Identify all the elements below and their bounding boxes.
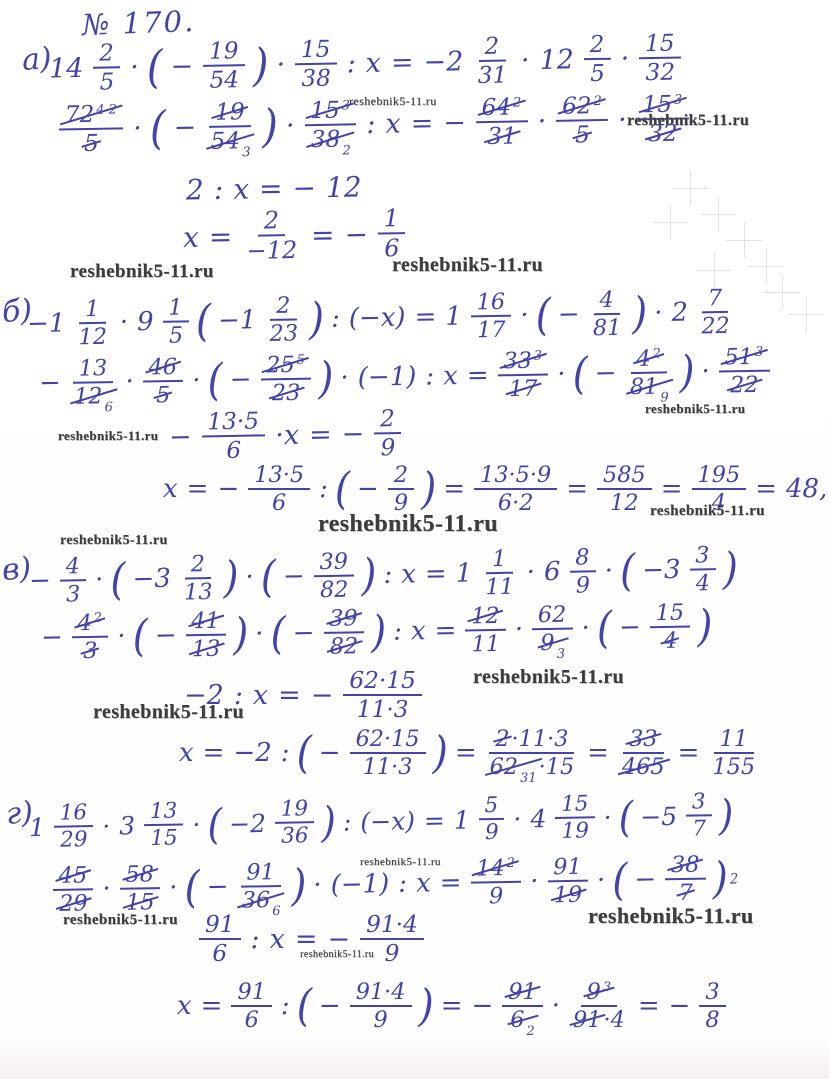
fraction-denominator: 93 (536, 630, 569, 656)
math-token: = (202, 738, 226, 768)
fraction-denominator: 31 (483, 123, 521, 150)
math-token: · (191, 810, 201, 839)
fraction-denominator: 32 (641, 59, 679, 86)
math-token: − (292, 618, 316, 648)
math-token: x (269, 924, 286, 955)
fraction: 213 (179, 552, 216, 605)
math-token: 2 (263, 207, 281, 233)
scanned-worksheet: № 170. а)1425·(−1954)·1538:x=−2231·1225·… (0, 0, 829, 1079)
fraction: 3982 (323, 606, 364, 659)
math-token: = (310, 218, 336, 251)
paren: ) (721, 544, 739, 595)
fraction-denominator: 82 (316, 577, 353, 603)
watermark: reshebnik5-11.ru (645, 401, 745, 417)
fraction-numerator: 585 (597, 463, 652, 490)
math-token: 333 (502, 349, 543, 374)
math-token: − (343, 217, 369, 250)
fraction: 43 (59, 554, 86, 607)
math-token: −2 (232, 738, 272, 768)
cancellation-sup: 5 (297, 352, 306, 367)
math-token: 1 (167, 295, 184, 319)
math-token: 91 (572, 1008, 602, 1032)
math-token: 11·3 (356, 697, 410, 722)
fraction-numerator: 2 (583, 32, 610, 61)
fraction-numerator: 39 (313, 549, 354, 577)
fraction-denominator: 5 (95, 68, 118, 94)
fraction: 33465 (618, 727, 669, 779)
math-token: = (442, 474, 466, 504)
paren: ( (296, 981, 313, 1031)
paren: ) (232, 609, 250, 660)
math-token: 1 (454, 559, 473, 589)
fraction: 111 (481, 547, 518, 600)
math-token: 12 (325, 170, 363, 204)
fraction: 722 (697, 286, 734, 339)
fraction-denominator: 31 (473, 62, 511, 89)
math-token: 58 (124, 862, 155, 887)
math-token: · (101, 874, 112, 904)
math-token: · (536, 106, 547, 137)
paren: ) (320, 797, 337, 847)
math-token: 6 (271, 491, 287, 515)
grid-cross (764, 274, 800, 310)
math-token: 13 (78, 356, 109, 381)
fraction: 15 (162, 295, 189, 348)
math-token: 4 (695, 571, 712, 595)
math-token: 82 (329, 634, 360, 659)
cancellation-sup: 3 (674, 92, 683, 107)
paren: ) (290, 860, 308, 911)
paren: ( (183, 862, 201, 913)
fraction: 1211 (465, 604, 506, 657)
cancellation-sup: 2 (593, 94, 602, 109)
fraction-denominator: 11 (467, 631, 504, 657)
math-token: 29 (59, 828, 89, 852)
math-token: x (384, 108, 402, 139)
math-token: 4 (529, 804, 547, 833)
math-token: 585 (602, 463, 647, 487)
fraction: 231 (473, 33, 511, 88)
math-token: x (415, 868, 432, 898)
math-token: 13 (149, 800, 179, 824)
fraction: 1315 (144, 799, 184, 850)
fraction: 13·56 (201, 408, 266, 463)
math-token: 19 (280, 797, 310, 821)
math-token: : (318, 474, 329, 504)
math-token: 11·3 (362, 755, 414, 779)
math-token: 465 (621, 755, 666, 779)
paren: ) (307, 294, 325, 345)
math-token: 155 (711, 755, 756, 779)
math-token: ·15 (538, 755, 576, 779)
math-token: 7 (677, 881, 694, 905)
fraction: 6293 (532, 603, 573, 656)
math-token: 3 (65, 582, 82, 606)
paren: ) (370, 607, 388, 658)
fraction-denominator: 13 (180, 579, 217, 605)
paren: ) (631, 288, 649, 339)
math-token: 31 (486, 124, 518, 150)
fraction-numerator: 333 (497, 348, 548, 376)
math-token: = (424, 559, 448, 589)
math-token: 2 (393, 463, 409, 487)
paren: ) (418, 981, 435, 1031)
cancellation-sub: 3 (557, 647, 566, 662)
math-token: 1 (28, 813, 46, 842)
math-token: 15 (560, 792, 590, 816)
paren: ( (296, 728, 313, 778)
fraction-numerator: 91·4 (350, 980, 412, 1007)
math-token: 5 (83, 131, 100, 156)
math-token: x (176, 991, 193, 1021)
math-token: 4 (598, 288, 615, 312)
math-token: · (101, 811, 111, 840)
math-token: 45 (58, 863, 89, 888)
paren: ( (611, 855, 629, 906)
math-token: − (310, 680, 335, 711)
fraction: 11155 (708, 727, 759, 779)
math-token: 22 (700, 314, 731, 339)
paren: ) (222, 552, 240, 603)
math-line: 1425·(−1954)·1538:x=−2231·1225·1532 (48, 30, 683, 95)
math-token: 724 2 (64, 101, 119, 127)
math-token: = (390, 47, 415, 78)
fraction-denominator: 23 (265, 321, 302, 347)
math-token: 11 (719, 727, 749, 751)
fraction: 387 (665, 853, 706, 906)
math-token: = (413, 302, 437, 332)
math-token: = (586, 738, 610, 768)
math-token: − (216, 474, 240, 504)
fraction-numerator: 2·11·3 (489, 727, 574, 754)
math-token: ·11·3 (511, 727, 570, 751)
math-token: · (191, 366, 202, 396)
fraction-denominator: 7 (674, 880, 697, 906)
math-token: = (308, 419, 333, 450)
fraction: 91·49 (350, 980, 412, 1032)
fraction: 916 (231, 980, 271, 1032)
fraction-denominator: 9 (572, 572, 595, 598)
fraction-numerator: 15 (649, 601, 690, 629)
math-token: 4 (64, 554, 81, 578)
math-token: 5 (483, 794, 499, 817)
fraction: 465 (142, 355, 183, 408)
math-token: − (442, 107, 467, 138)
math-token: 382 (310, 126, 352, 152)
fraction: 58512 (597, 463, 652, 515)
math-line: 11629·31315·(−21936):(−x)=159·41519·(−53… (28, 790, 733, 853)
fraction: 13126 (69, 356, 117, 409)
fraction-denominator: 22 (726, 372, 763, 398)
math-token: 9 (379, 435, 396, 460)
math-token: − (28, 566, 52, 596)
math-token: 9 (384, 941, 401, 966)
fraction-denominator: 6 (208, 940, 231, 966)
fraction-numerator: 16 (54, 801, 94, 828)
math-token: : (365, 109, 377, 140)
math-token: 82 (319, 578, 350, 603)
math-token: 23 (268, 322, 299, 347)
math-token: −12 (245, 237, 298, 264)
math-token: − (38, 368, 62, 398)
math-token: − (668, 991, 692, 1021)
fraction-denominator: 465 (618, 754, 669, 779)
cancellation-sub: 31 (520, 771, 537, 786)
fraction: 62·1511·3 (343, 668, 421, 722)
math-token: 46 (147, 355, 178, 380)
math-token: x (162, 474, 179, 504)
cancellation-sub: 3 (242, 145, 251, 160)
fraction-denominator: 5 (586, 60, 609, 86)
fraction-numerator: 58 (119, 862, 160, 890)
math-token: : (213, 173, 225, 206)
fraction-numerator: 5 (478, 794, 504, 821)
math-token: − (318, 738, 342, 768)
math-token: 15 (644, 31, 676, 57)
math-token: 13·5·9 (479, 463, 552, 487)
math-token: = (433, 616, 457, 646)
math-token: 12 (538, 44, 575, 76)
cancellation-sup: 2 (507, 855, 516, 870)
math-token: 9 (136, 307, 155, 337)
fraction-numerator: 2 (258, 207, 286, 236)
math-token: · (168, 873, 179, 903)
fraction-denominator: 9 (369, 1007, 391, 1032)
math-token: 622 (561, 93, 603, 119)
math-token: 9 (575, 574, 592, 598)
math-line: −43·(−3213)·(−3982):x=1111·689·(−334) (28, 543, 738, 608)
watermark: reshebnik5-11.ru (392, 254, 543, 277)
math-token: 3 (691, 790, 707, 813)
cancellation-sup: 3 (755, 344, 764, 359)
math-token: − (618, 612, 642, 642)
math-token: 2 (379, 406, 396, 431)
math-token: −1 (26, 309, 67, 340)
fraction-denominator: 11 (481, 574, 518, 600)
fraction-denominator: 126 (70, 383, 117, 409)
grid-cross (788, 296, 824, 332)
math-token: x (178, 738, 195, 768)
math-line: x=−2:(−62·1511·3)=2·11·36231·15=33465=11… (178, 727, 760, 779)
watermark: reshebnik5-11.ru (58, 428, 158, 444)
grid-cross (700, 196, 736, 232)
fraction-denominator: 366 (237, 887, 284, 913)
cancellation-sup: 4 2 (96, 102, 117, 117)
fraction-numerator: 42 (71, 611, 108, 639)
math-token: − (40, 623, 64, 653)
math-token: · (285, 110, 296, 141)
fraction-numerator: 33 (623, 727, 663, 754)
fraction: 1532 (639, 30, 681, 85)
paren: ( (206, 355, 224, 406)
math-token: 2 (98, 40, 115, 65)
math-token: 39 (318, 550, 349, 575)
fraction: 64231 (475, 94, 528, 149)
math-token: 13·5 (206, 408, 260, 434)
fraction-denominator: 13 (188, 636, 225, 662)
problem-number-heading: № 170. (81, 4, 195, 42)
fraction-denominator: 5 (152, 382, 175, 408)
watermark: reshebnik5-11.ru (60, 533, 168, 549)
math-token: · (520, 45, 531, 76)
paren: ) (261, 99, 280, 153)
fraction-numerator: 91 (199, 912, 241, 940)
fraction-numerator: 4 (593, 288, 620, 316)
math-token: 195 (697, 463, 742, 487)
cancellation-sup: 3 (534, 348, 543, 363)
fraction-denominator: 19 (557, 819, 593, 844)
math-token: 2 (483, 34, 500, 59)
math-token: 12 (609, 491, 639, 515)
paren: ) (432, 728, 449, 778)
cancellation-sup: 2 (513, 95, 522, 110)
grid-cross (726, 222, 762, 258)
fraction-numerator: 1 (79, 297, 106, 325)
cancellation-sup: 2 (652, 346, 661, 361)
math-token: 9 (484, 821, 500, 844)
fraction: 724 25 (59, 101, 124, 156)
math-token: 15 (300, 37, 332, 63)
fraction-denominator: 36 (277, 823, 313, 848)
fraction: 2·11·36231·15 (486, 727, 579, 779)
math-token: : (280, 991, 291, 1021)
math-token: − (633, 865, 657, 895)
fraction-numerator: 622 (556, 93, 608, 122)
math-token: : (382, 560, 393, 590)
math-line: x=2−12=−16 (182, 205, 407, 265)
paren: ) (360, 550, 378, 601)
watermark: reshebnik5-11.ru (300, 949, 374, 960)
math-token: : (342, 807, 353, 836)
math-token: 6 (211, 941, 228, 966)
cancellation-sup: 2 (94, 610, 103, 625)
fraction-denominator: 6·2 (494, 490, 538, 515)
math-token: · (700, 357, 711, 387)
math-token: · (254, 619, 265, 649)
watermark: reshebnik5-11.ru (63, 912, 178, 929)
math-token: 11 (484, 575, 515, 600)
math-token: = (423, 806, 446, 835)
paren: ) (317, 353, 335, 404)
math-token: 15 (654, 601, 685, 626)
math-token: − (340, 418, 365, 449)
math-token: (−1) (329, 869, 390, 900)
fraction-numerator: 91 (240, 860, 281, 888)
math-token: 38 (670, 853, 701, 878)
math-token: −3 (131, 564, 172, 595)
math-token: 62·15 (355, 727, 421, 751)
math-token: 41 (190, 609, 221, 634)
paren: ( (131, 611, 149, 662)
fraction-numerator: 142 (470, 856, 521, 884)
fraction-numerator: 62·15 (350, 727, 426, 754)
math-token: = (440, 991, 464, 1021)
fraction: 91366 (237, 860, 285, 913)
math-token: x (442, 361, 459, 391)
fraction-numerator: 724 2 (59, 101, 124, 130)
fraction-denominator: 6 (222, 437, 245, 463)
math-token: x (182, 220, 200, 253)
fraction-numerator: 46 (142, 355, 183, 383)
fraction: 25 (583, 32, 611, 87)
math-token: · (275, 49, 286, 80)
math-token: 7 (691, 818, 707, 841)
fraction-numerator: 91 (547, 855, 588, 883)
math-token: 14 (48, 52, 85, 84)
math-token: − (557, 300, 581, 330)
paren: ) (717, 790, 734, 840)
fraction-denominator: 9 (381, 940, 404, 966)
fraction: 1629 (54, 801, 94, 852)
math-token: − (594, 358, 618, 388)
fraction-numerator: 2 (93, 40, 120, 69)
math-token: 2 (185, 173, 205, 206)
fraction: 4529 (53, 863, 94, 916)
math-token: −3 (641, 555, 682, 586)
math-token: 3 (82, 639, 99, 663)
fraction-numerator: 62 (532, 603, 573, 631)
math-token: 62 (537, 603, 568, 628)
math-token: 9 (488, 884, 505, 908)
math-token: 126 (73, 384, 114, 409)
fraction-numerator: 13 (73, 356, 114, 384)
math-token: = (208, 220, 234, 253)
math-token: · (525, 557, 536, 587)
fraction: 916 (199, 912, 241, 966)
fraction-denominator: 819 (626, 373, 673, 399)
math-token: 255 (265, 353, 306, 378)
math-token: 19 (553, 883, 584, 908)
fraction: 62·1511·3 (350, 727, 426, 779)
fraction-denominator: 4 (692, 570, 715, 596)
math-token: (−x) (348, 303, 407, 334)
math-token: : (280, 738, 291, 768)
paren: ( (194, 296, 212, 347)
fraction-numerator: 7 (702, 286, 729, 314)
math-token: 2 (190, 552, 207, 576)
fraction: 481 (588, 288, 625, 341)
math-token: = (565, 474, 589, 504)
math-token: · (132, 113, 143, 144)
fraction-numerator: 19 (275, 797, 315, 824)
fraction-numerator: 3 (699, 980, 725, 1007)
fraction-denominator: 3 (62, 581, 85, 607)
math-token: · (119, 308, 130, 338)
math-token: 5 (574, 122, 591, 147)
watermark: reshebnik5-11.ru (349, 94, 437, 109)
math-token: 19 (560, 820, 590, 844)
math-token: = (454, 738, 478, 768)
paren: ( (206, 799, 223, 849)
fraction-denominator: 6 (268, 490, 290, 515)
math-token: x (410, 616, 427, 646)
math-line: −423·(−4113)·(−3982):x=1211·6293·(−154) (40, 600, 712, 664)
math-token: · (124, 367, 135, 397)
fraction-denominator: 15 (146, 826, 182, 851)
fraction: 4113 (185, 609, 226, 662)
math-token: − (169, 51, 194, 82)
fraction-denominator: 19 (550, 882, 587, 908)
math-line: −1112·915(−1223):(−x)=11617·(−481)·2722 (26, 286, 735, 351)
math-token: = (200, 991, 224, 1021)
fraction-numerator: 15 (295, 36, 337, 65)
fraction: 25523 (260, 353, 312, 406)
fraction: 38 (699, 980, 725, 1032)
fraction-numerator: 13·5·9 (474, 463, 557, 490)
math-token: 6231 (489, 755, 538, 779)
fraction-denominator: 4 (659, 628, 682, 654)
math-token: − (168, 421, 193, 452)
